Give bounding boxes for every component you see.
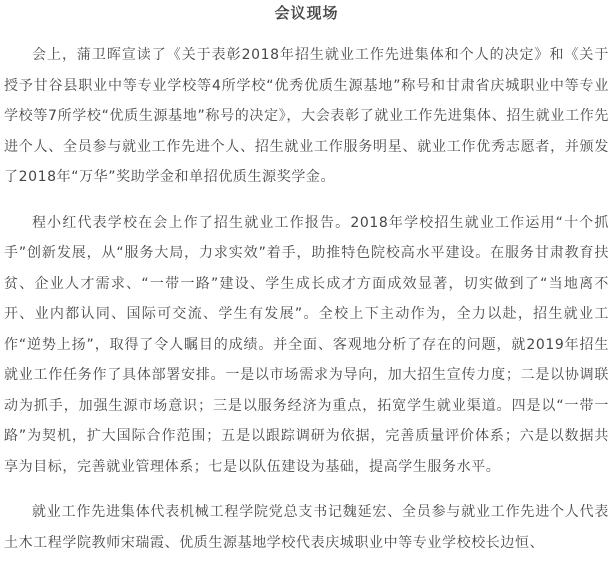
- page-title: 会议现场: [4, 4, 609, 23]
- paragraph-2: 程小红代表学校在会上作了招生就业工作报告。2018年学校招生就业工作运用“十个抓…: [4, 208, 609, 483]
- document-body: 会议现场 会上，蒲卫晖宣读了《关于表彰2018年招生就业工作先进集体和个人的决定…: [0, 0, 613, 565]
- paragraph-3: 就业工作先进集体代表机械工程学院党总支书记魏延宏、全员参与就业工作先进个人代表土…: [4, 497, 609, 558]
- paragraph-1: 会上，蒲卫晖宣读了《关于表彰2018年招生就业工作先进集体和个人的决定》和《关于…: [4, 40, 609, 193]
